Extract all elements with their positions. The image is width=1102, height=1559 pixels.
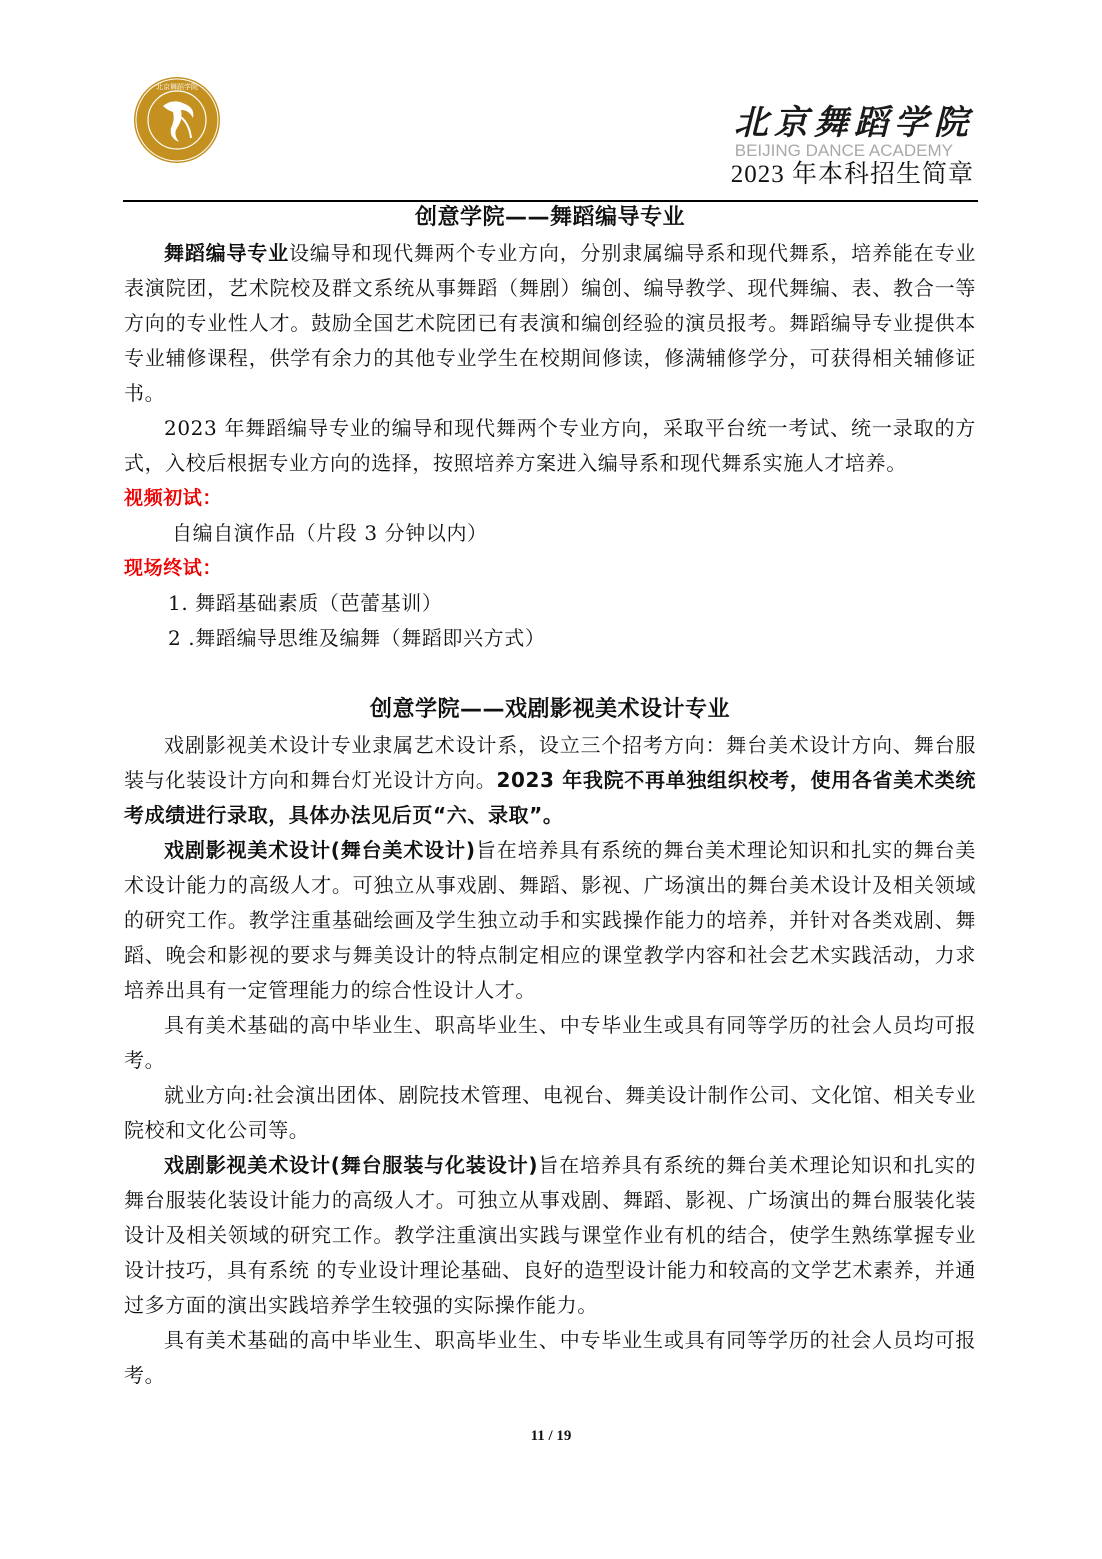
section-title-stage-design: 创意学院——戏剧影视美术设计专业	[124, 692, 976, 728]
final-exam-item: 2 .舞蹈编导思维及编舞（舞蹈即兴方式）	[124, 621, 976, 656]
paragraph: 具有美术基础的高中毕业生、职高毕业生、中专毕业生或具有同等学历的社会人员均可报考…	[124, 1008, 976, 1078]
document-page: 北京舞蹈学院 北京舞蹈学院 BEIJING DANCE ACADEMY 2023…	[0, 0, 1102, 1559]
paragraph: 戏剧影视美术设计(舞台美术设计)旨在培养具有系统的舞台美术理论知识和扎实的舞台美…	[124, 833, 976, 1008]
brand-name-cn: 北京舞蹈学院	[731, 104, 974, 142]
paragraph: 戏剧影视美术设计专业隶属艺术设计系，设立三个招考方向：舞台美术设计方向、舞台服装…	[124, 728, 976, 833]
svg-text:北京舞蹈学院: 北京舞蹈学院	[156, 82, 198, 91]
brand-name-en: BEIJING DANCE ACADEMY	[731, 142, 974, 160]
brochure-subtitle: 2023 年本科招生简章	[731, 160, 974, 190]
academy-logo-icon: 北京舞蹈学院	[133, 76, 221, 164]
final-exam-label: 现场终试：	[124, 551, 976, 586]
page-content: 创意学院——舞蹈编导专业 舞蹈编导专业设编导和现代舞两个专业方向，分别隶属编导系…	[124, 200, 976, 1393]
paragraph: 舞蹈编导专业设编导和现代舞两个专业方向，分别隶属编导系和现代舞系，培养能在专业表…	[124, 236, 976, 411]
prelim-exam-item: 自编自演作品（片段 3 分钟以内）	[124, 516, 976, 551]
paragraph: 就业方向:社会演出团体、剧院技术管理、电视台、舞美设计制作公司、文化馆、相关专业…	[124, 1078, 976, 1148]
paragraph: 具有美术基础的高中毕业生、职高毕业生、中专毕业生或具有同等学历的社会人员均可报考…	[124, 1323, 976, 1393]
section-title-choreography: 创意学院——舞蹈编导专业	[124, 200, 976, 236]
brand-block: 北京舞蹈学院 BEIJING DANCE ACADEMY 2023 年本科招生简…	[731, 104, 974, 190]
paragraph: 2023 年舞蹈编导专业的编导和现代舞两个专业方向，采取平台统一考试、统一录取的…	[124, 411, 976, 481]
bold-term: 舞蹈编导专业	[164, 241, 289, 265]
prelim-exam-label: 视频初试：	[124, 481, 976, 516]
paragraph: 戏剧影视美术设计(舞台服装与化装设计)旨在培养具有系统的舞台美术理论知识和扎实的…	[124, 1148, 976, 1323]
final-exam-item: 1. 舞蹈基础素质（芭蕾基训）	[124, 586, 976, 621]
page-number: 11 / 19	[0, 1428, 1102, 1445]
